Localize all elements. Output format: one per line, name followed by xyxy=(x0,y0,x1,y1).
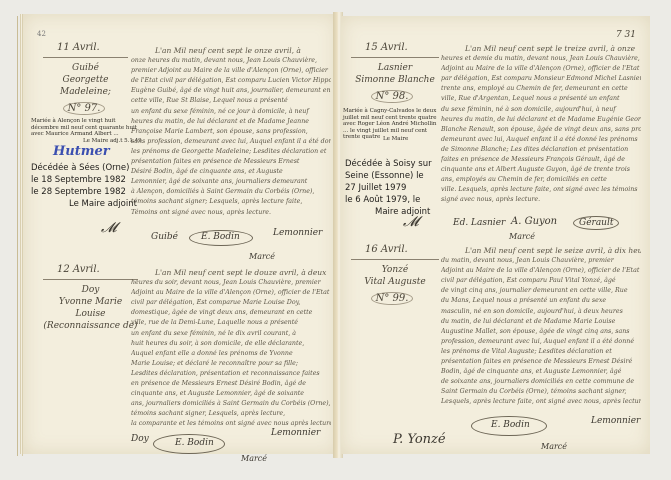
register-book: 42 11 Avril. Guibé Georgette Madeleine; … xyxy=(0,0,671,480)
signature-officer: Marcé xyxy=(249,252,275,261)
body-line: ville. Lesquels, après lecture faite, on… xyxy=(441,185,641,195)
entry-body-doy: L'an Mil neuf cent sept le douze avril, … xyxy=(131,268,331,430)
body-line: Eugène Guibé, âgé de vingt huit ans, jou… xyxy=(131,86,331,96)
body-line: Auquel enfant elle a donné les prénoms d… xyxy=(131,349,331,359)
body-line: témoins sachant signer, Lesquels, après … xyxy=(131,409,331,419)
entry-given-names: Yvonne Marie Louise xyxy=(43,296,138,320)
body-line: en présence de Messieurs Ernest Désiré B… xyxy=(131,379,331,389)
body-line: heures et demie du matin, devant nous, J… xyxy=(441,54,641,64)
entry-surname: Lasnier xyxy=(351,62,439,74)
body-line: témoins sachant signer; Lesquels, après … xyxy=(131,197,331,207)
body-line: du Mans, Lequel nous a présenté un enfan… xyxy=(441,296,641,306)
death-note: Décédée à Soisy sur Seine (Essonne) le 2… xyxy=(345,158,445,218)
entry-status: (Reconnaissance de) xyxy=(43,320,138,332)
margin-entry-guibe: 11 Avril. Guibé Georgette Madeleine; N° … xyxy=(43,42,128,115)
page-number: 7 31 xyxy=(616,30,636,40)
body-line: L'an Mil neuf cent sept le douze avril, … xyxy=(131,268,331,278)
body-line: à Alençon, domiciliés à Saint Germain du… xyxy=(131,187,331,197)
body-line: heures du soir, devant nous, Jean Louis … xyxy=(131,278,331,288)
body-line: L'an Mil neuf cent sept le seize avril, … xyxy=(441,246,641,256)
entry-given-names: Georgette Madeleine; xyxy=(43,74,128,98)
body-line: de soixante ans, journaliers domiciliés … xyxy=(441,377,641,387)
signature-flourish xyxy=(471,416,547,436)
body-line: Adjoint au Maire de la ville d'Alençon (… xyxy=(441,266,641,276)
blue-signature: Hutmer xyxy=(53,144,110,159)
death-note-line: le 18 Septembre 1982 xyxy=(31,174,141,186)
entry-date: 12 Avril. xyxy=(43,264,138,275)
signature-flourish xyxy=(573,216,619,230)
body-line: les prénoms de Vital Auguste; Lesdites d… xyxy=(441,347,641,357)
entry-date: 15 Avril. xyxy=(351,42,439,53)
entry-number: N° 97. xyxy=(63,102,105,115)
body-line: masculin, né en son domicile, aujourd'hu… xyxy=(441,307,641,317)
body-line: Bodin, âgé de cinquante ans, et Auguste … xyxy=(441,367,641,377)
margin-entry-yonze: 16 Avril. Yonzé Vital Auguste N° 99. xyxy=(351,244,439,305)
body-line: demeurant avec lui, Auquel enfant il a é… xyxy=(441,135,641,145)
body-line: Françoise Marie Lambert, son épouse, san… xyxy=(131,127,331,137)
signature-witness-1: A. Guyon xyxy=(511,216,557,227)
signature-officer: Marcé xyxy=(541,442,567,451)
body-line: heures du matin, de lui déclarant et de … xyxy=(131,117,331,127)
divider xyxy=(43,279,138,280)
signature-officer: Marcé xyxy=(241,454,267,463)
divider xyxy=(351,259,439,260)
body-line: Augustine Mallet, son épouse, âgée de vi… xyxy=(441,327,641,337)
body-line: signé avec nous, après lecture. xyxy=(441,195,641,205)
body-line: Témoins ont signé avec nous, après lectu… xyxy=(131,208,331,218)
body-line: huit heures du soir, à son domicile, de … xyxy=(131,339,331,349)
signature-flourish xyxy=(189,230,253,246)
body-line: les prénoms de Georgette Madeleine; Lesd… xyxy=(131,147,331,157)
body-line: un enfant du sexe féminin, né ce jour à … xyxy=(131,107,331,117)
body-line: L'an Mil neuf cent sept le treize avril,… xyxy=(441,44,641,54)
body-line: faites en présence de Messieurs François… xyxy=(441,155,641,165)
entry-surname: Doy xyxy=(43,284,138,296)
body-line: ans, journaliers domiciliés à Saint Germ… xyxy=(131,399,331,409)
death-note-line: le 6 Août 1979, le xyxy=(345,194,445,206)
body-line: ville, rue de la Demi-Lune, Laquelle nou… xyxy=(131,318,331,328)
entry-body-yonze: L'an Mil neuf cent sept le seize avril, … xyxy=(441,246,641,408)
body-line: cinquante ans, et Auguste Lemonnier, âgé… xyxy=(131,389,331,399)
marriage-note: Mariée à Alençon le vingt huit décembre … xyxy=(31,118,139,138)
body-line: Désiré Bodin, âgé de cinquante ans, et A… xyxy=(131,167,331,177)
body-line: civil par délégation, Est comparu Paul V… xyxy=(441,276,641,286)
body-line: Lesquels, après lecture faite, ont signé… xyxy=(441,397,641,407)
initials-signature: 𝓜 xyxy=(101,220,117,236)
divider xyxy=(43,57,128,58)
right-page: 7 31 15 Avril. Lasnier Simonne Blanche N… xyxy=(341,16,650,454)
body-line: Saint Germain du Corbéis (Orne), témoins… xyxy=(441,387,641,397)
death-note-line: Maire adjoint xyxy=(345,206,445,218)
entry-number: N° 98. xyxy=(371,90,413,103)
body-line: du matin, devant nous, Jean Louis Chauvi… xyxy=(441,256,641,266)
body-line: du matin, de lui déclarant et de Madame … xyxy=(441,317,641,327)
entry-body-guibe: L'an Mil neuf cent sept le onze avril, à… xyxy=(131,46,331,218)
body-line: Adjoint au Maire de la ville d'Alençon (… xyxy=(441,64,641,74)
body-line: trente ans, employé au Chemin de fer, de… xyxy=(441,84,641,94)
left-page: 42 11 Avril. Guibé Georgette Madeleine; … xyxy=(20,14,337,454)
body-line: par délégation, Est comparu Monsieur Edm… xyxy=(441,74,641,84)
body-line: présentation faites en présence de Messi… xyxy=(131,157,331,167)
body-line: profession, demeurant avec lui, Auquel e… xyxy=(441,337,641,347)
body-line: sans profession, demeurant avec lui, Auq… xyxy=(131,137,331,147)
body-line: Adjoint au Maire de la ville d'Alençon (… xyxy=(131,288,331,298)
body-line: Lemonnier, âgé de soixante ans, journali… xyxy=(131,177,331,187)
margin-entry-lasnier: 15 Avril. Lasnier Simonne Blanche N° 98. xyxy=(351,42,439,103)
body-line: du sexe féminin, né à son domicile, aujo… xyxy=(441,105,641,115)
signature-declarant: P. Yonzé xyxy=(393,432,446,447)
death-note-line: le 28 Septembre 1982 xyxy=(31,186,141,198)
body-line: de vingt cinq ans, journalier demeurant … xyxy=(441,286,641,296)
body-line: Blanche Renault, son épouse, âgée de vin… xyxy=(441,125,641,135)
entry-given-names: Simonne Blanche xyxy=(351,74,439,86)
body-line: de Simonne Blanche; Les dites déclaratio… xyxy=(441,145,641,155)
body-line: premier Adjoint au Maire de la ville d'A… xyxy=(131,66,331,76)
entry-surname: Guibé xyxy=(43,62,128,74)
death-note: Décédée à Sées (Orne) le 18 Septembre 19… xyxy=(31,162,141,210)
entry-date: 11 Avril. xyxy=(43,42,128,53)
body-line: ville, Rue d'Argentan, Lequel nous a pré… xyxy=(441,94,641,104)
signature-officer: Marcé xyxy=(509,232,535,241)
entry-surname: Yonzé xyxy=(351,264,439,276)
body-line: Marie Louise; et déclaré le reconnaître … xyxy=(131,359,331,369)
death-note-line: Le Maire adjoint xyxy=(31,198,141,210)
initials-signature: 𝓜 xyxy=(403,214,419,230)
body-line: L'an Mil neuf cent sept le onze avril, à xyxy=(131,46,331,56)
entry-date: 16 Avril. xyxy=(351,244,439,255)
signature-witness-2: Lemonnier xyxy=(271,428,320,438)
body-line: présentation faites en présence de Messi… xyxy=(441,357,641,367)
divider xyxy=(351,57,439,58)
entry-number: N° 99. xyxy=(371,292,413,305)
body-line: ans, employés au Chemin de fer, domicili… xyxy=(441,175,641,185)
signature-declarant: Doy xyxy=(131,434,149,444)
body-line: cinquante ans et Albert Auguste Guyon, â… xyxy=(441,165,641,175)
body-line: domestique, âgée de vingt deux ans, deme… xyxy=(131,308,331,318)
signature-witness-2: Lemonnier xyxy=(591,416,640,426)
signature-declarant: Ed. Lasnier xyxy=(453,218,505,228)
body-line: cette ville, Rue St Blaise, Lequel nous … xyxy=(131,96,331,106)
death-note-line: 27 Juillet 1979 xyxy=(345,182,445,194)
body-line: heures du matin, de lui déclarant et de … xyxy=(441,115,641,125)
death-note-line: Décédée à Sées (Orne) xyxy=(31,162,141,174)
death-note-line: Décédée à Soisy sur xyxy=(345,158,445,170)
marriage-note-sign: Le Maire xyxy=(383,136,408,143)
body-line: onze heures du matin, devant nous, Jean … xyxy=(131,56,331,66)
signature-declarant: Guibé xyxy=(151,232,178,242)
body-line: Lesdites déclaration, présentation et re… xyxy=(131,369,331,379)
body-line: de l'Etat civil par délégation, Est comp… xyxy=(131,76,331,86)
margin-entry-doy: 12 Avril. Doy Yvonne Marie Louise (Recon… xyxy=(43,264,138,332)
entry-body-lasnier: L'an Mil neuf cent sept le treize avril,… xyxy=(441,44,641,206)
signature-witness-2: Lemonnier xyxy=(273,228,322,238)
death-note-line: Seine (Essonne) le xyxy=(345,170,445,182)
body-line: un enfant du sexe féminin, né le dix avr… xyxy=(131,329,331,339)
body-line: civil par délégation, Est comparue Marie… xyxy=(131,298,331,308)
signature-flourish xyxy=(153,434,225,454)
entry-given-names: Vital Auguste xyxy=(351,276,439,288)
corner-mark: 42 xyxy=(37,30,46,38)
